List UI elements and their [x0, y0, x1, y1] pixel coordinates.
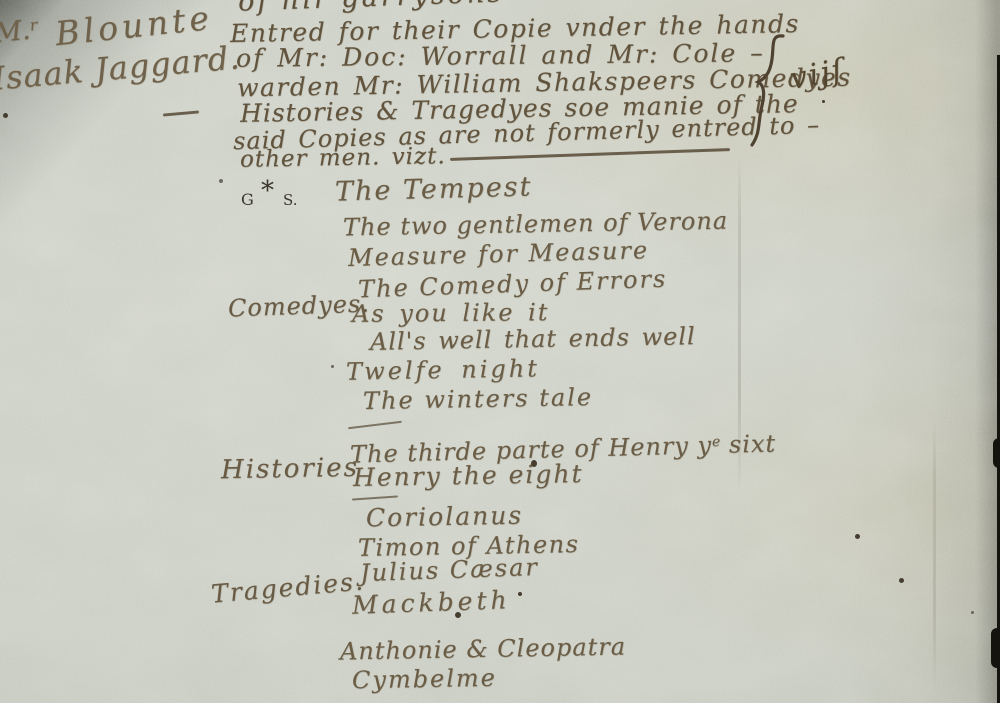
- previous-entry-fragment: of hir garrysons: [238, 0, 505, 16]
- page-edge-nick: [993, 438, 1000, 468]
- play-title-winters-tale: The winters tale: [363, 385, 593, 413]
- pen-stroke: [348, 421, 402, 430]
- ink-speck: [855, 534, 860, 539]
- margin-name-jaggard: Isaak Jaggard.: [0, 41, 242, 95]
- play-title-tempest: The Tempest: [335, 173, 533, 205]
- play-title-henry-viii: Henry the eight: [353, 461, 584, 490]
- entry-brace: [750, 33, 788, 149]
- category-label-tragedies: Tragedies.: [210, 568, 365, 606]
- press-mark-s: S.: [283, 191, 298, 209]
- margin-master-abbrev: M.r: [0, 16, 39, 47]
- play-title-coriolanus: Coriolanus: [366, 503, 524, 531]
- pen-stroke: [352, 495, 398, 500]
- ink-speck: [518, 592, 522, 596]
- entry-line-6: other men. vizt.: [240, 145, 446, 172]
- play-title-comedy-of-errors: The Comedy of Errors: [358, 267, 668, 302]
- play-title-julius-caesar: Julius Cæsar: [360, 555, 540, 585]
- category-label-comedies: Comedyes.: [228, 292, 371, 321]
- margin-master-superscript: r: [29, 15, 38, 35]
- ink-blot: [531, 460, 537, 467]
- play-title-alls-well: All's well that ends well: [370, 324, 696, 354]
- ink-speck: [3, 113, 8, 118]
- ink-speck: [219, 179, 223, 183]
- ink-blot: [455, 612, 461, 618]
- play-title-mackbeth: Mackbeth: [352, 587, 511, 618]
- history-title-post: sixt: [720, 429, 777, 458]
- entry-rule: [450, 148, 730, 160]
- press-mark-g: G: [241, 190, 254, 209]
- asterisk-mark: *: [261, 176, 274, 206]
- ink-speck: [971, 611, 974, 614]
- play-title-measure-for-measure: Measure for Measure: [348, 238, 650, 270]
- paper-crease: [933, 420, 936, 690]
- page-edge-nick: [991, 628, 1000, 668]
- margin-dash: [163, 110, 199, 116]
- manuscript-page: M.r Blounte Isaak Jaggard. of hir garrys…: [0, 0, 1000, 703]
- play-title-twelfe-night: Twelfe night: [346, 356, 540, 383]
- play-title-anthonie-cleopatra: Anthonie & Cleopatra: [340, 635, 626, 664]
- play-title-cymbelme: Cymbelme: [352, 666, 497, 693]
- margin-master-base: M.: [0, 15, 32, 50]
- ink-speck: [899, 578, 904, 583]
- ink-speck: [331, 365, 334, 368]
- ink-speck: [822, 100, 825, 103]
- play-title-two-gentlemen: The two gentlemen of Verona: [343, 209, 729, 240]
- play-title-as-you-like-it: As you like it: [352, 300, 550, 326]
- category-label-histories: Histories: [221, 455, 359, 483]
